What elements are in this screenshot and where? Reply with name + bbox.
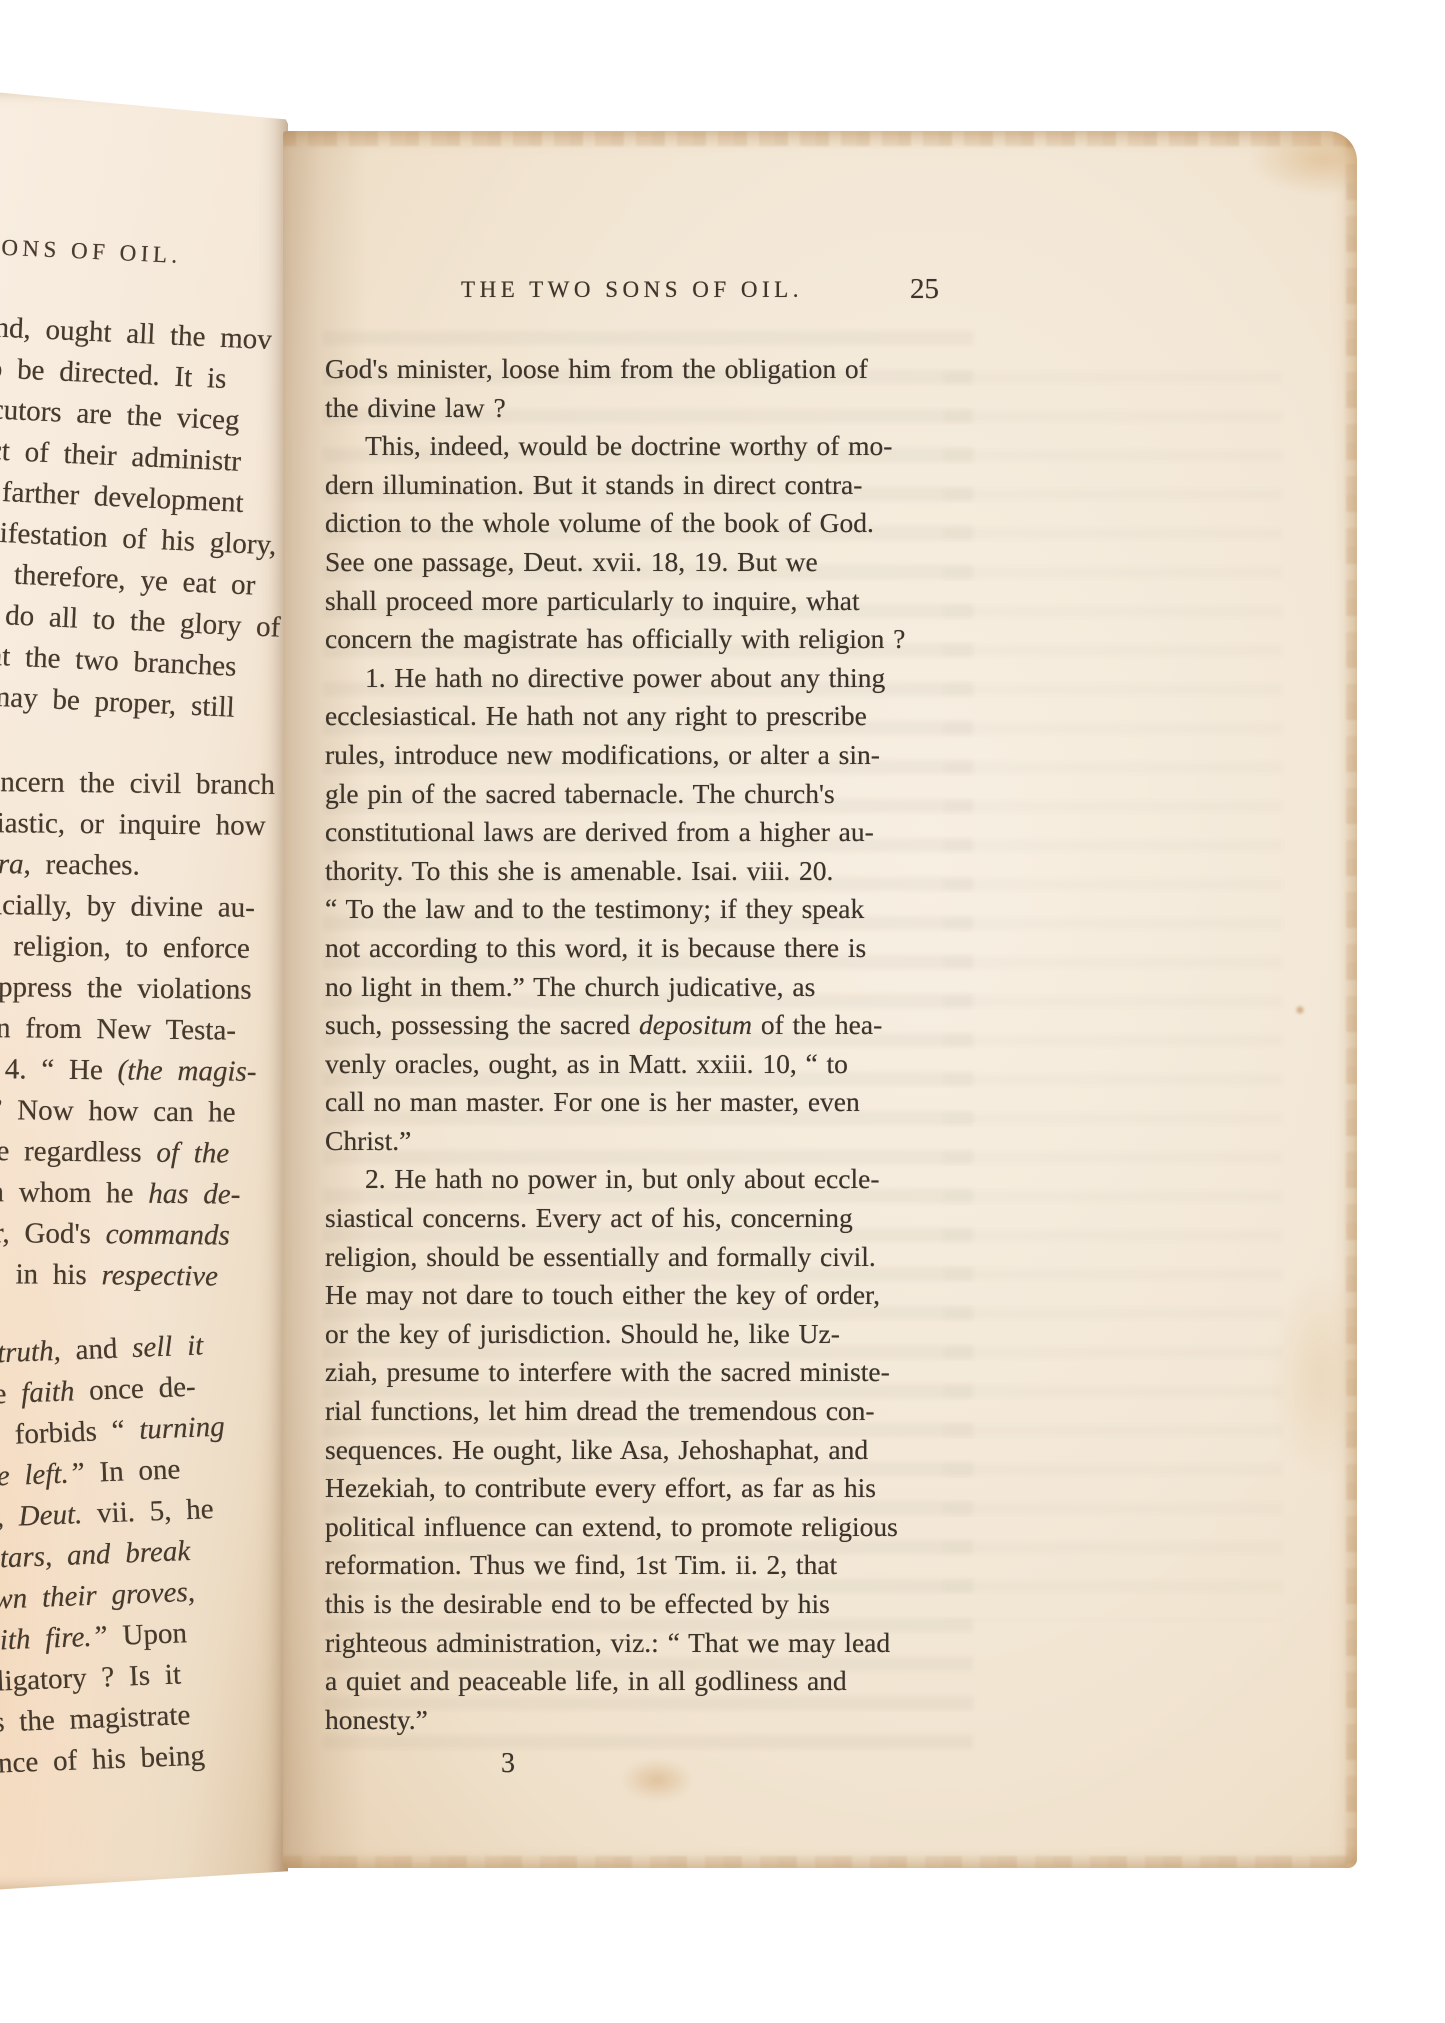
signature-mark: 3 bbox=[325, 1748, 939, 1780]
left-lines-bottom: e truth, and sell itthe faith once de-he… bbox=[0, 1323, 288, 1785]
text-line: diction to the whole volume of the book … bbox=[325, 504, 939, 543]
italic-text: of the bbox=[156, 1137, 229, 1170]
italic-text: respective bbox=[101, 1259, 218, 1292]
text-segment: e, in his bbox=[0, 1258, 102, 1291]
text-line: siastical concerns. Every act of his, co… bbox=[325, 1199, 939, 1238]
left-lines-middle: oncern the civil branchsiastic, or inqui… bbox=[0, 762, 288, 1298]
italic-text: cra bbox=[0, 848, 24, 880]
text-line: siastic, or inquire how bbox=[0, 803, 288, 847]
show-through-texture bbox=[943, 371, 1283, 1621]
text-line: reformation. Thus we find, 1st Tim. ii. … bbox=[325, 1546, 939, 1585]
left-text-block-top: ONS OF OIL. end, ought all the movto be … bbox=[0, 234, 288, 730]
text-line: thority. To this she is amenable. Isai. … bbox=[325, 852, 939, 891]
text-line: honesty.” bbox=[325, 1701, 939, 1740]
text-segment: once de- bbox=[74, 1371, 196, 1408]
text-line: political influence can extend, to promo… bbox=[325, 1508, 939, 1547]
italic-text: faith bbox=[21, 1375, 75, 1409]
text-line: concern the magistrate has officially wi… bbox=[325, 620, 939, 659]
text-line: constitutional laws are derived from a h… bbox=[325, 813, 939, 852]
text-line: sequences. He ought, like Asa, Jehoshaph… bbox=[325, 1431, 939, 1470]
text-line: ecclesiastical. He hath not any right to… bbox=[325, 697, 939, 736]
right-page-text: THE TWO SONS OF OIL. 25 God's minister, … bbox=[325, 277, 939, 1780]
text-segment: In one bbox=[84, 1453, 181, 1489]
italic-text: turning bbox=[139, 1411, 226, 1446]
text-line: uppress the violations bbox=[0, 967, 286, 1011]
text-line: This, indeed, would be doctrine worthy o… bbox=[325, 427, 939, 466]
body-text: God's minister, loose him from the oblig… bbox=[325, 350, 939, 1739]
text-line: 2. He hath no power in, but only about e… bbox=[325, 1160, 939, 1199]
text-segment: . 4. “ He bbox=[0, 1053, 118, 1086]
text-line: religion, should be essentially and form… bbox=[325, 1238, 939, 1277]
text-line: h religion, to enforce bbox=[0, 926, 286, 970]
italic-text: with fire.” bbox=[0, 1620, 108, 1657]
left-page-text: ONS OF OIL. end, ought all the movto be … bbox=[0, 234, 288, 1785]
text-line: oncern the civil branch bbox=[0, 762, 288, 806]
stain bbox=[1248, 131, 1357, 195]
text-line: ficially, by divine au- bbox=[0, 885, 287, 929]
text-line: shall proceed more particularly to inqui… bbox=[325, 582, 939, 621]
text-line: rules, introduce new modifications, or a… bbox=[325, 736, 939, 775]
text-line: He may not dare to touch either the key … bbox=[325, 1276, 939, 1315]
italic-text: commands bbox=[106, 1218, 230, 1251]
text-segment: Upon bbox=[107, 1617, 187, 1652]
text-line: en from New Testa- bbox=[0, 1008, 285, 1052]
text-line: “ To the law and to the testimony; if th… bbox=[325, 890, 939, 929]
text-line: .” Now how can he bbox=[0, 1090, 285, 1134]
text-line: call no man master. For one is her maste… bbox=[325, 1083, 939, 1122]
book-photo: ONS OF OIL. end, ought all the movto be … bbox=[0, 0, 1445, 2023]
text-segment: , reaches. bbox=[23, 848, 140, 881]
text-line: m whom he has de- bbox=[0, 1172, 284, 1216]
italic-text: own their groves, bbox=[0, 1576, 196, 1616]
text-line: Christ.” bbox=[325, 1122, 939, 1161]
text-segment: the bbox=[0, 1377, 22, 1411]
text-line: not according to this word, it is becaus… bbox=[325, 929, 939, 968]
text-line: See one passage, Deut. xvii. 18, 19. But… bbox=[325, 543, 939, 582]
text-line: ziah, presume to interfere with the sacr… bbox=[325, 1353, 939, 1392]
italic-text: (the magis- bbox=[117, 1054, 256, 1087]
text-segment: rs, bbox=[0, 1501, 19, 1535]
right-page: THE TWO SONS OF OIL. 25 God's minister, … bbox=[283, 131, 1357, 1868]
text-line: cra, reaches. bbox=[0, 844, 287, 888]
italic-text: has de- bbox=[148, 1178, 240, 1211]
text-line: this is the desirable end to be effected… bbox=[325, 1585, 939, 1624]
text-line: Hezekiah, to contribute every effort, as… bbox=[325, 1469, 939, 1508]
text-segment: of the hea- bbox=[752, 1009, 882, 1040]
italic-text: altars, and break bbox=[0, 1535, 191, 1575]
text-segment: m whom he bbox=[0, 1176, 148, 1210]
stain bbox=[1273, 1271, 1357, 1481]
stain bbox=[1295, 1005, 1305, 1015]
text-segment: such, possessing the sacred bbox=[325, 1009, 639, 1040]
text-segment: be regardless bbox=[0, 1135, 157, 1169]
text-line: or the key of jurisdiction. Should he, l… bbox=[325, 1315, 939, 1354]
header-row: THE TWO SONS OF OIL. 25 bbox=[325, 277, 939, 317]
text-line: a quiet and peaceable life, in all godli… bbox=[325, 1662, 939, 1701]
text-line: the divine law ? bbox=[325, 389, 939, 428]
text-segment: he forbids “ bbox=[0, 1414, 140, 1452]
text-segment: vii. 5, he bbox=[82, 1493, 214, 1530]
page-edge-bottom bbox=[283, 1856, 1357, 1868]
text-line: 1. He hath no directive power about any … bbox=[325, 659, 939, 698]
page-edge-top bbox=[283, 131, 1357, 146]
page-number: 25 bbox=[910, 273, 939, 306]
running-header-left: ONS OF OIL. bbox=[0, 234, 288, 274]
text-line: no light in them.” The church judicative… bbox=[325, 968, 939, 1007]
italic-text: depositum bbox=[639, 1009, 752, 1040]
text-line: God's minister, loose him from the oblig… bbox=[325, 350, 939, 389]
left-page: ONS OF OIL. end, ought all the movto be … bbox=[0, 86, 288, 1892]
text-line: er, God's commands bbox=[0, 1213, 283, 1257]
text-line: gle pin of the sacred tabernacle. The ch… bbox=[325, 775, 939, 814]
text-line: rial functions, let him dread the tremen… bbox=[325, 1392, 939, 1431]
text-line: dern illumination. But it stands in dire… bbox=[325, 466, 939, 505]
text-line: e, in his respective bbox=[0, 1254, 283, 1298]
italic-text: Deut. bbox=[18, 1498, 83, 1532]
italic-text: the left.” bbox=[0, 1457, 85, 1493]
text-line: such, possessing the sacred depositum of… bbox=[325, 1006, 939, 1045]
page-edge-right bbox=[1346, 131, 1357, 1868]
text-segment: and bbox=[60, 1332, 133, 1367]
italic-text: sell it bbox=[132, 1329, 204, 1364]
text-line: be regardless of the bbox=[0, 1131, 284, 1175]
text-line: righteous administration, viz.: “ That w… bbox=[325, 1624, 939, 1663]
running-header-right: THE TWO SONS OF OIL. bbox=[325, 277, 939, 303]
italic-text: truth, bbox=[0, 1335, 61, 1369]
text-line: . 4. “ He (the magis- bbox=[0, 1049, 285, 1093]
left-lines-top: end, ought all the movto be directed. It… bbox=[0, 307, 284, 730]
text-line: venly oracles, ought, as in Matt. xxiii.… bbox=[325, 1045, 939, 1084]
text-segment: er, God's bbox=[0, 1217, 106, 1250]
